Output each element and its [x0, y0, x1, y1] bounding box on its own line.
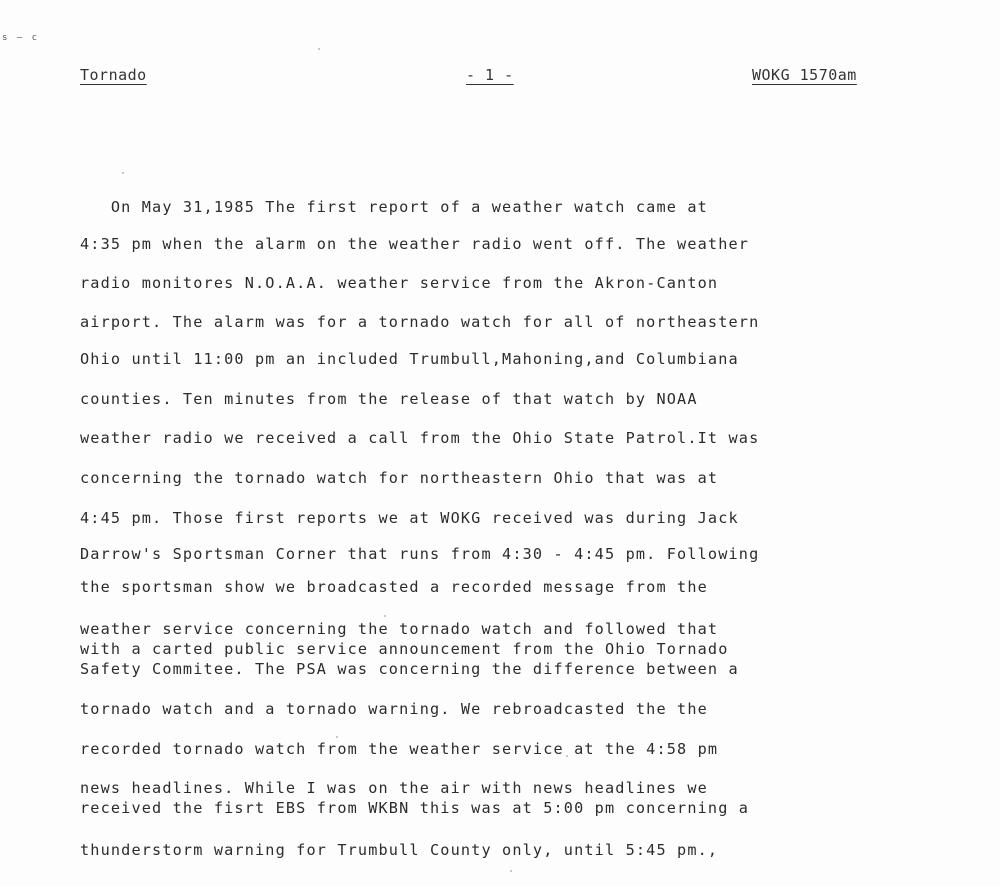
body-line: Ohio until 11:00 pm an included Trumbull…: [80, 350, 739, 368]
body-line: On May 31,1985 The first report of a wea…: [80, 198, 708, 216]
body-line: 4:45 pm. Those first reports we at WOKG …: [80, 509, 739, 527]
body-line: thunderstorm warning for Trumbull County…: [80, 841, 718, 859]
body-line: Darrow's Sportsman Corner that runs from…: [80, 545, 759, 563]
typed-document-page: s — c Tornado - 1 - WOKG 1570am On May 3…: [0, 0, 1000, 887]
body-line: weather radio we received a call from th…: [80, 429, 759, 447]
body-line: concerning the tornado watch for northea…: [80, 469, 718, 487]
scan-speck: [510, 870, 512, 872]
body-line: received the fisrt EBS from WKBN this wa…: [80, 799, 749, 817]
body-line: recorded tornado watch from the weather …: [80, 740, 718, 758]
scan-speck: [330, 440, 332, 442]
scan-speck: [566, 755, 568, 757]
body-line: tornado watch and a tornado warning. We …: [80, 700, 708, 718]
body-line: 4:35 pm when the alarm on the weather ra…: [80, 235, 749, 253]
station-label: WOKG 1570am: [752, 66, 857, 84]
body-line: Safety Commitee. The PSA was concerning …: [80, 660, 739, 678]
scan-speck: [336, 736, 338, 738]
body-line: radio monitores N.O.A.A. weather service…: [80, 274, 718, 292]
body-line: counties. Ten minutes from the release o…: [80, 390, 698, 408]
body-line: news headlines. While I was on the air w…: [80, 779, 708, 797]
scan-speck: [122, 172, 124, 174]
corner-mark: s — c: [2, 33, 39, 43]
page-number: - 1 -: [466, 66, 514, 84]
body-line: weather service concerning the tornado w…: [80, 620, 718, 638]
body-line: the sportsman show we broadcasted a reco…: [80, 578, 708, 596]
scan-speck: [318, 48, 320, 50]
document-title: Tornado: [80, 66, 147, 84]
scan-speck: [384, 615, 386, 617]
body-line: with a carted public service announcemen…: [80, 640, 729, 658]
body-line: airport. The alarm was for a tornado wat…: [80, 313, 759, 331]
